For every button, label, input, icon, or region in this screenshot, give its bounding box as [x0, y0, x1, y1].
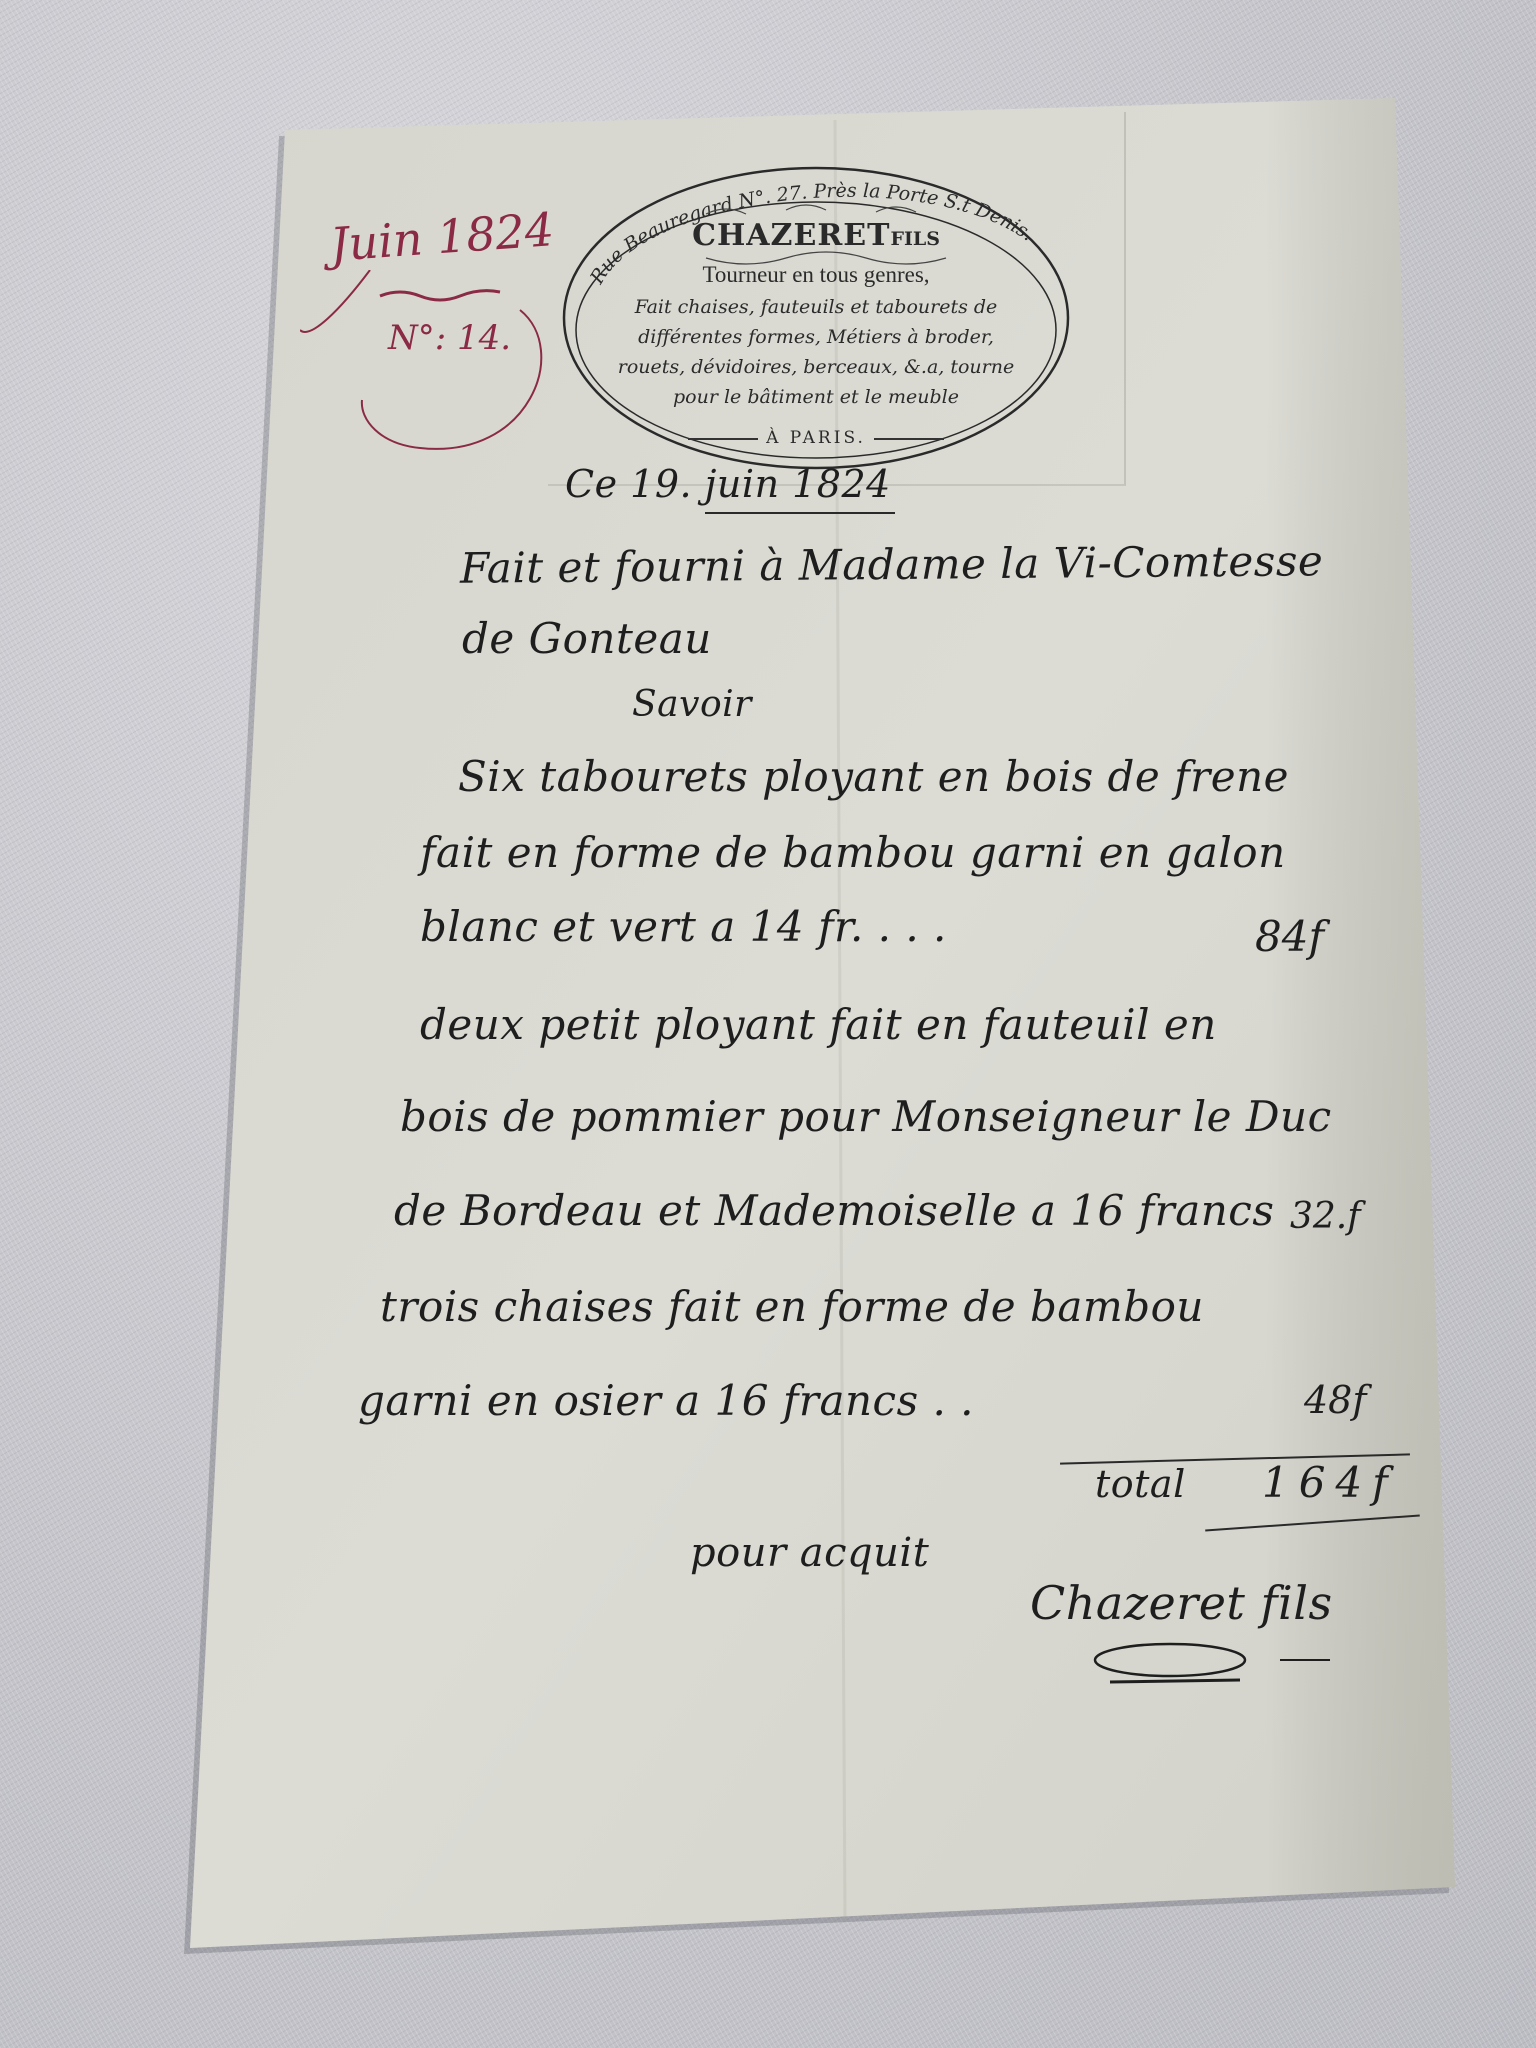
- letterhead-business-name: CHAZERETFILS: [556, 218, 1076, 253]
- letterhead-line: pour le bâtiment et le meuble: [556, 386, 1076, 408]
- letterhead-line: Tourneur en tous genres,: [556, 262, 1076, 288]
- letterhead-label: Rue Beauregard N°. 27. Près la Porte S.t…: [556, 150, 1076, 470]
- item-amount: 48f: [1304, 1378, 1366, 1422]
- item-line: de Bordeau et Mademoiselle a 16 francs: [394, 1186, 1274, 1235]
- item-amount: 84f: [1255, 912, 1324, 961]
- business-suffix: FILS: [890, 228, 939, 250]
- item-line: blanc et vert a 14 fr. . . .: [420, 902, 947, 951]
- acquit-text: pour acquit: [690, 1530, 929, 1576]
- savoir-heading: Savoir: [632, 684, 752, 725]
- total-label: total: [1095, 1462, 1186, 1506]
- item-line: Six tabourets ployant en bois de frene: [458, 752, 1289, 801]
- invoice-document: Juin 1824 N°: 14. Rue Beauregard N°. 27.…: [0, 0, 1536, 2048]
- business-name: CHAZERET: [692, 218, 890, 253]
- signature: Chazeret fils: [1030, 1576, 1333, 1630]
- item-line: bois de pommier pour Monseigneur le Duc: [400, 1092, 1332, 1141]
- item-line: fait en forme de bambou garni en galon: [420, 828, 1286, 877]
- date-underline: [705, 512, 895, 514]
- letterhead-line: différentes formes, Métiers à broder,: [556, 326, 1076, 348]
- addressee-line: de Gonteau: [462, 614, 712, 663]
- archive-number-annotation: N°: 14.: [388, 318, 511, 358]
- invoice-date: Ce 19. juin 1824: [565, 462, 891, 506]
- item-line: trois chaises fait en forme de bambou: [380, 1282, 1204, 1331]
- item-amount: 32.f: [1290, 1196, 1361, 1237]
- addressee-line: Fait et fourni à Madame la Vi-Comtesse: [460, 536, 1324, 593]
- item-line: deux petit ployant fait en fauteuil en: [420, 1000, 1217, 1049]
- archive-annotation-flourish: [300, 270, 560, 470]
- total-amount: 164f: [1262, 1458, 1398, 1507]
- signature-paraph: [1090, 1630, 1350, 1700]
- letterhead-line: Fait chaises, fauteuils et tabourets de: [556, 296, 1076, 318]
- item-line: garni en osier a 16 francs . .: [358, 1376, 974, 1425]
- letterhead-city: À PARIS.: [556, 428, 1076, 448]
- letterhead-line: rouets, dévidoires, berceaux, &.a, tourn…: [556, 356, 1076, 378]
